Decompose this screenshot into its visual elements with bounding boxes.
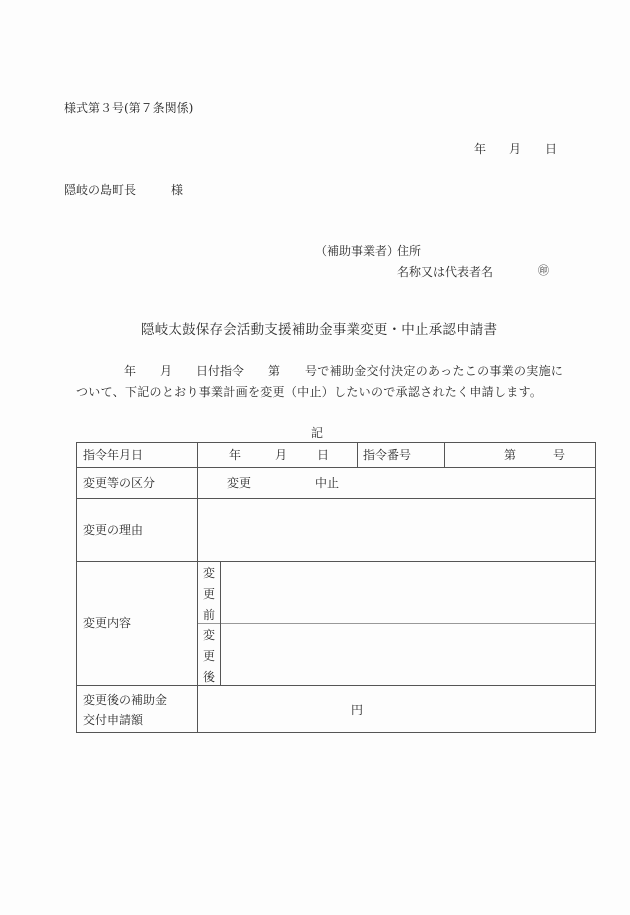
addressee-name: 隠岐の島町長 xyxy=(64,184,136,196)
body-number-prefix: 第 xyxy=(268,365,280,377)
order-date-label: 指令年月日 xyxy=(83,449,143,461)
reason-field[interactable] xyxy=(198,499,595,561)
applicant-role: （補助事業者） xyxy=(315,245,399,257)
seal-icon: ㊞ xyxy=(538,265,549,276)
category-option-cancel[interactable]: 中止 xyxy=(315,477,339,489)
category-option-change[interactable]: 変更 xyxy=(227,477,251,489)
form-number: 様式第３号(第７条関係) xyxy=(64,102,193,114)
order-number-suffix: 号 xyxy=(553,449,565,461)
body-line2: ついて、下記のとおり事業計画を変更（中止）したいので承認されたく申請します。 xyxy=(76,386,542,398)
content-label: 変更内容 xyxy=(83,617,131,629)
addressee-honorific: 様 xyxy=(171,184,183,196)
divider xyxy=(357,443,358,467)
applicant-address-label: 住所 xyxy=(397,245,421,257)
amount-label-line1: 変更後の補助金 xyxy=(83,694,167,706)
body-line1-rest: 号で補助金交付決定のあったこの事業の実施に xyxy=(305,365,563,377)
body-day-order: 日付指令 xyxy=(196,365,244,377)
divider xyxy=(444,443,445,467)
order-number-label: 指令番号 xyxy=(363,449,411,461)
reason-label: 変更の理由 xyxy=(83,524,143,536)
details-table: 指令年月日 年 月 日 指令番号 第 号 変更等の区分 変更 中止 変更の理由 … xyxy=(76,442,596,733)
divider xyxy=(197,443,198,732)
body-month: 月 xyxy=(160,365,172,377)
amount-label-line2: 交付申請額 xyxy=(83,714,143,726)
document-title: 隠岐太鼓保存会活動支援補助金事業変更・中止承認申請書 xyxy=(141,324,497,338)
order-date-year: 年 xyxy=(229,449,241,461)
order-number-prefix: 第 xyxy=(504,449,516,461)
before-label: 変 更 前 xyxy=(199,563,219,626)
divider xyxy=(77,467,595,468)
applicant-name-label: 名称又は代表者名 xyxy=(397,266,493,278)
content-before-field[interactable] xyxy=(221,562,595,623)
date-day-label: 日 xyxy=(545,143,557,155)
date-year-label: 年 xyxy=(474,143,486,155)
order-date-day: 日 xyxy=(317,449,329,461)
divider xyxy=(77,685,595,686)
order-date-month: 月 xyxy=(275,449,287,461)
date-month-label: 月 xyxy=(509,143,521,155)
after-label: 変 更 後 xyxy=(199,625,219,688)
body-year: 年 xyxy=(124,365,136,377)
content-after-field[interactable] xyxy=(221,624,595,685)
category-label: 変更等の区分 xyxy=(83,477,155,489)
amount-unit: 円 xyxy=(351,704,363,716)
ki-label: 記 xyxy=(311,427,323,439)
